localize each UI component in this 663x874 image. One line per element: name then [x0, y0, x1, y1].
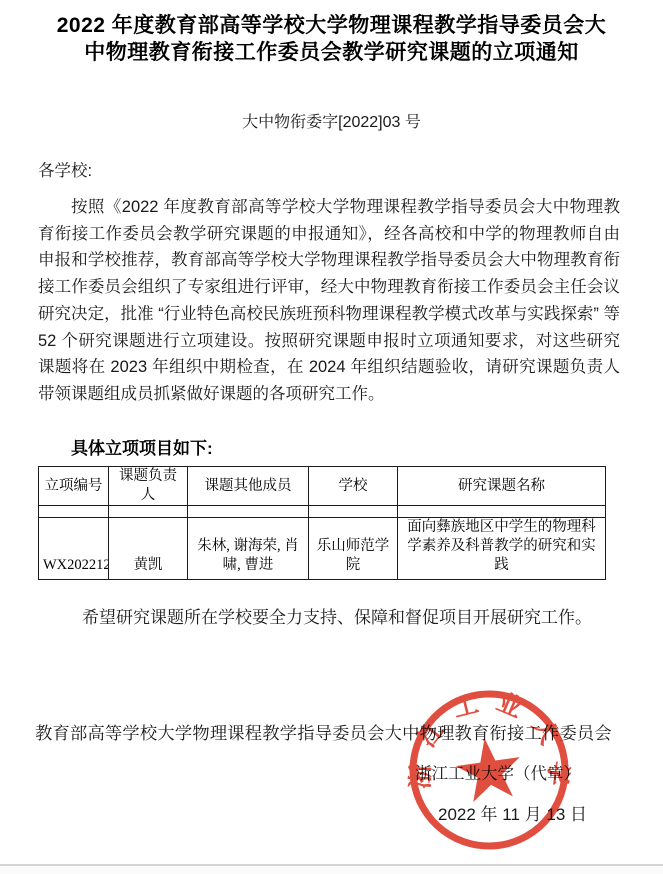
- table-spacer-row: [39, 506, 606, 518]
- spacer-cell: [109, 506, 188, 518]
- cell-project-id: WX202212: [39, 518, 109, 580]
- header-leader: 课题负责人: [109, 467, 188, 506]
- cell-members: 朱林, 谢海荣, 肖啸, 曹进: [188, 518, 309, 580]
- cell-school: 乐山师范学院: [309, 518, 398, 580]
- spacer-cell: [188, 506, 309, 518]
- spacer-cell: [309, 506, 398, 518]
- body-paragraph: 按照《2022 年度教育部高等学校大学物理课程教学指导委员会大中物理教育衔接工作…: [38, 194, 620, 408]
- header-topic: 研究课题名称: [398, 467, 606, 506]
- spacer-cell: [398, 506, 606, 518]
- header-members: 课题其他成员: [188, 467, 309, 506]
- document-title: 2022 年度教育部高等学校大学物理课程教学指导委员会大 中物理教育衔接工作委员…: [0, 12, 663, 66]
- table-intro: 具体立项项目如下:: [38, 434, 213, 459]
- salutation: 各学校:: [38, 157, 92, 181]
- project-table: 立项编号 课题负责人 课题其他成员 学校 研究课题名称 WX202212 黄凯 …: [38, 466, 606, 580]
- table-row: WX202212 黄凯 朱林, 谢海荣, 肖啸, 曹进 乐山师范学院 面向彝族地…: [39, 518, 606, 580]
- spacer-cell: [39, 506, 109, 518]
- cell-leader: 黄凯: [109, 518, 188, 580]
- seal-star-icon: [453, 734, 526, 804]
- cell-topic: 面向彝族地区中学生的物理科学素养及科普教学的研究和实践: [398, 518, 606, 580]
- official-seal-stamp: 浙江工业大学: [394, 675, 584, 865]
- header-project-id: 立项编号: [39, 467, 109, 506]
- closing-paragraph: 希望研究课题所在学校要全力支持、保障和督促项目开展研究工作。: [38, 603, 620, 628]
- below-page-area: [0, 866, 663, 874]
- document-title-line1: 2022 年度教育部高等学校大学物理课程教学指导委员会大: [0, 12, 663, 39]
- header-school: 学校: [309, 467, 398, 506]
- document-page: 2022 年度教育部高等学校大学物理课程教学指导委员会大 中物理教育衔接工作委员…: [0, 0, 663, 874]
- table-header-row: 立项编号 课题负责人 课题其他成员 学校 研究课题名称: [39, 467, 606, 506]
- document-title-line2: 中物理教育衔接工作委员会教学研究课题的立项通知: [0, 39, 663, 66]
- document-number: 大中物衔委字[2022]03 号: [0, 109, 663, 132]
